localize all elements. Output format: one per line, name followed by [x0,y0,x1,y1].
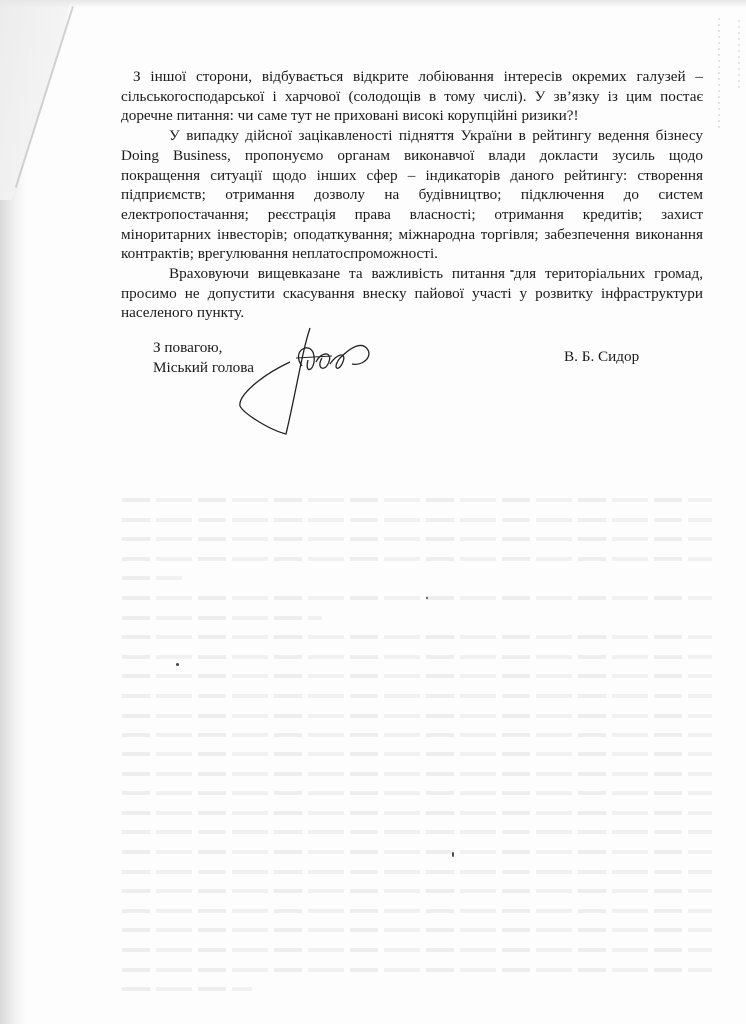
scan-artifact [718,18,720,128]
signer-name: В. Б. Сидор [564,348,639,366]
scan-speck [452,852,454,857]
scan-speck [176,663,179,666]
paragraph-doing-business: У випадку дійсної зацікавленості піднятт… [121,126,703,264]
scan-speck [426,597,428,599]
paragraph-request: Враховуючи вищевказане та важливість пит… [121,264,703,323]
bleed-through-text-block [122,752,712,1007]
handwritten-signature-icon [230,322,420,442]
scan-artifact [738,20,740,90]
letter-body: З іншої сторони, відбувається відкрите л… [121,67,703,323]
top-edge-shadow [0,0,746,8]
scanned-letter-page: З іншої сторони, відбувається відкрите л… [0,0,746,1024]
scan-speck [510,270,514,272]
paragraph-lobbying: З іншої сторони, відбувається відкрите л… [121,67,703,126]
bleed-through-text-block [122,498,712,753]
